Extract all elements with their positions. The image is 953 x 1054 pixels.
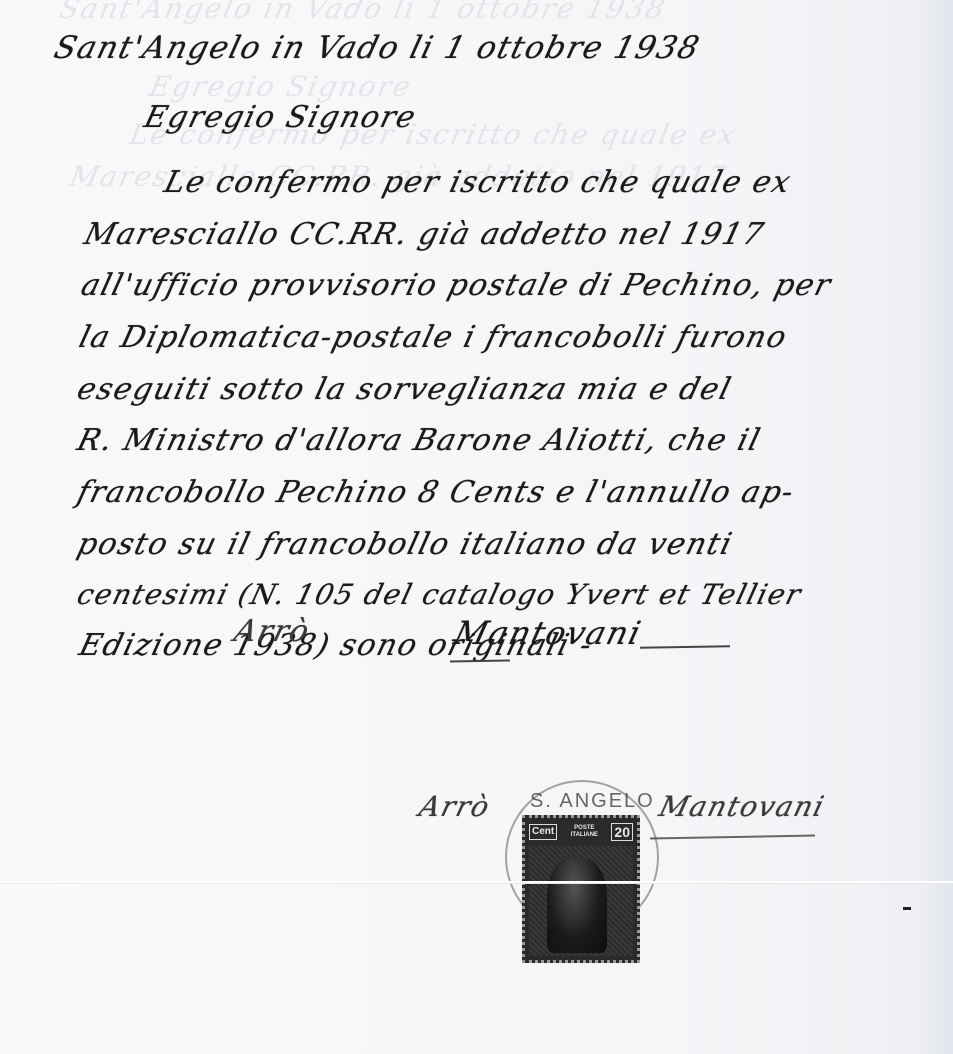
- body-line: all'ufficio provvisorio postale di Pechi…: [78, 268, 836, 303]
- postmark-text: S. ANGELO: [530, 790, 655, 813]
- margin-mark: [903, 907, 911, 910]
- postage-stamp: Cent POSTE ITALIANE 20: [522, 815, 640, 963]
- body-line: centesimi (N. 105 del catalogo Yvert et …: [74, 578, 806, 611]
- body-line: francobollo Pechino 8 Cents e l'annullo …: [74, 475, 799, 510]
- bleed-through-line: Egregio Signore: [146, 70, 415, 103]
- stamp-denomination-value: 20: [611, 823, 633, 841]
- body-line: Maresciallo CC.RR. già addetto nel 1917: [81, 217, 769, 252]
- body-line: R. Ministro d'allora Barone Aliotti, che…: [74, 423, 765, 458]
- king-portrait-icon: [547, 858, 607, 953]
- bleed-through-line: Sant'Angelo in Vado li 1 ottobre 1938: [56, 0, 669, 25]
- place-date: Sant'Angelo in Vado li 1 ottobre 1938: [51, 30, 704, 66]
- lower-name-label: Arrò: [416, 790, 494, 823]
- body-line: Le confermo per iscritto che quale ex: [161, 165, 796, 200]
- paper-fold-line: [0, 881, 953, 883]
- lower-signature: Mantovani: [656, 790, 829, 823]
- body-line: posto su il francobollo italiano da vent…: [74, 527, 737, 562]
- stamp-header: Cent POSTE ITALIANE 20: [529, 822, 633, 842]
- stamp-denomination-unit: Cent: [529, 824, 557, 840]
- salutation: Egregio Signore: [141, 100, 421, 135]
- lower-signature-underline: [650, 835, 815, 840]
- closing-name-label: Arrò: [231, 614, 314, 649]
- stamp-country: POSTE ITALIANE: [560, 825, 608, 839]
- letter-page: Sant'Angelo in Vado li 1 ottobre 1938 Eg…: [0, 0, 953, 1054]
- body-line: eseguiti sotto la sorveglianza mia e del: [74, 372, 736, 407]
- body-line: la Diplomatica-postale i francobolli fur…: [76, 320, 791, 355]
- signature-underline: [640, 645, 730, 649]
- closing-signature: Mantovani: [450, 614, 646, 652]
- page-edge-shadow: [919, 0, 953, 1054]
